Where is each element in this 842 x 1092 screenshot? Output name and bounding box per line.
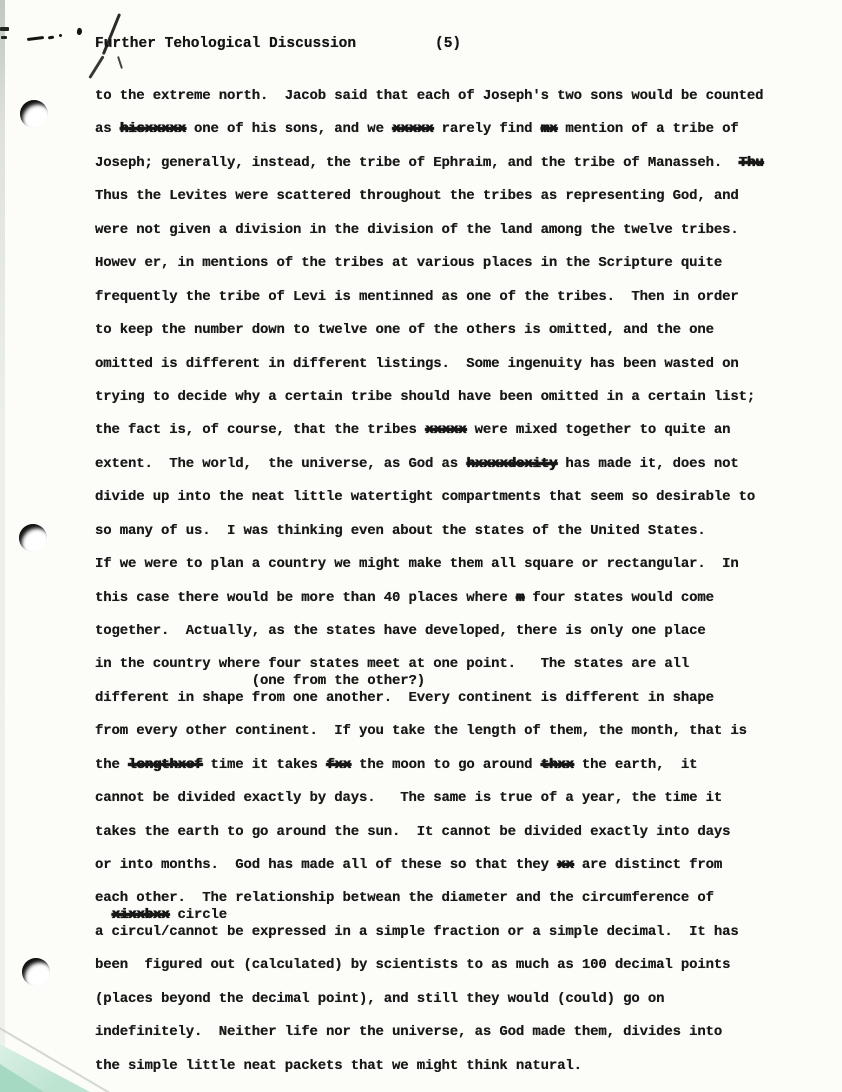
text-segment: the moon to go around [351, 757, 541, 773]
document-body: to the extreme north. Jacob said that ea… [95, 88, 795, 1091]
text-segment: frequently the tribe of Levi is mentinne… [95, 289, 739, 305]
text-segment: (one from the other?) [95, 673, 425, 689]
text-line: together. Actually, as the states have d… [95, 623, 795, 656]
struck-out-text: Thu [739, 155, 764, 171]
text-line: indefinitely. Neither life nor the unive… [95, 1024, 795, 1057]
struck-out-text: thxx [541, 757, 574, 773]
text-segment: from every other continent. If you take … [95, 723, 747, 739]
text-line: the simple little neat packets that we m… [95, 1058, 795, 1091]
text-line: frequently the tribe of Levi is mentinne… [95, 289, 795, 322]
text-segment: has made it, does not [557, 456, 739, 472]
text-segment: the earth, it [574, 757, 698, 773]
text-segment: four states would come [524, 590, 714, 606]
punch-hole-bottom [22, 958, 50, 986]
struck-out-text: xxxxx [392, 121, 433, 137]
text-segment: or into months. God has made all of thes… [95, 857, 557, 873]
text-line: to keep the number down to twelve one of… [95, 322, 795, 355]
struck-out-text: fxx [326, 757, 351, 773]
text-segment: the [95, 757, 128, 773]
pen-mark-dot [59, 34, 62, 37]
text-segment: a circul/cannot be expressed in a simple… [95, 924, 739, 940]
text-line: divide up into the neat little watertigh… [95, 489, 795, 522]
text-line: the lengthxof time it takes fxx the moon… [95, 757, 795, 790]
text-segment: time it takes [202, 757, 326, 773]
text-segment: this case there would be more than 40 pl… [95, 590, 516, 606]
text-segment: one of his sons, and we [186, 121, 392, 137]
text-line: cannot be divided exactly by days. The s… [95, 790, 795, 823]
edge-speck [1, 36, 7, 39]
text-line: were not given a division in the divisio… [95, 222, 795, 255]
struck-out-text: m [516, 590, 524, 606]
text-segment: cannot be divided exactly by days. The s… [95, 790, 722, 806]
text-segment: as [95, 121, 120, 137]
text-segment: in the country where four states meet at… [95, 656, 689, 672]
text-segment: been figured out (calculated) by scienti… [95, 957, 730, 973]
text-segment: are distinct from [574, 857, 723, 873]
text-segment: the simple little neat packets that we m… [95, 1058, 582, 1074]
text-line: different in shape from one another. Eve… [95, 690, 795, 723]
inserted-correction-line: xixxbxx circle [95, 907, 795, 924]
text-line: omitted is different in different listin… [95, 356, 795, 389]
struck-out-text: hxxxxdexity [466, 456, 557, 472]
edge-speck [0, 27, 9, 31]
text-segment: were not given a division in the divisio… [95, 222, 739, 238]
scanned-typewritten-page: { "page": { "title": "Further Tehologica… [0, 0, 842, 1092]
text-segment: trying to decide why a certain tribe sho… [95, 389, 755, 405]
punch-hole-middle [19, 524, 47, 552]
page-number: (5) [435, 36, 461, 52]
page-title: Further Tehological Discussion [95, 36, 356, 52]
header-row: Further Tehological Discussion (5) [95, 36, 695, 58]
text-segment: together. Actually, as the states have d… [95, 623, 706, 639]
text-segment: Thus the Levites were scattered througho… [95, 188, 739, 204]
struck-out-text: hisxxxxx [120, 121, 186, 137]
text-segment: If we were to plan a country we might ma… [95, 556, 739, 572]
text-line: as hisxxxxx one of his sons, and we xxxx… [95, 121, 795, 154]
text-line: from every other continent. If you take … [95, 723, 795, 756]
text-line: or into months. God has made all of thes… [95, 857, 795, 890]
text-segment: so many of us. I was thinking even about… [95, 523, 706, 539]
text-line: a circul/cannot be expressed in a simple… [95, 924, 795, 957]
text-segment: Howev er, in mentions of the tribes at v… [95, 255, 722, 271]
text-segment: different in shape from one another. Eve… [95, 690, 714, 706]
text-line: (places beyond the decimal point), and s… [95, 991, 795, 1024]
text-segment: to the extreme north. Jacob said that ea… [95, 88, 763, 104]
text-segment: mention of a tribe of [557, 121, 739, 137]
text-line: so many of us. I was thinking even about… [95, 523, 795, 556]
text-line: been figured out (calculated) by scienti… [95, 957, 795, 990]
struck-out-text: mx [541, 121, 558, 137]
text-segment: Joseph; generally, instead, the tribe of… [95, 155, 739, 171]
text-segment: the fact is, of course, that the tribes [95, 422, 425, 438]
text-line: to the extreme north. Jacob said that ea… [95, 88, 795, 121]
text-line: the fact is, of course, that the tribes … [95, 422, 795, 455]
text-line: extent. The world, the universe, as God … [95, 456, 795, 489]
struck-out-text: lengthxof [128, 757, 202, 773]
inserted-correction-line: (one from the other?) [95, 673, 795, 690]
text-line: each other. The relationship betwean the… [95, 890, 795, 907]
text-segment: rarely find [433, 121, 540, 137]
scan-left-edge [0, 0, 5, 1092]
text-line: this case there would be more than 40 pl… [95, 590, 795, 623]
text-line: trying to decide why a certain tribe sho… [95, 389, 795, 422]
text-segment: to keep the number down to twelve one of… [95, 322, 714, 338]
text-segment [95, 907, 112, 923]
punch-hole-top [20, 100, 48, 128]
text-segment: (places beyond the decimal point), and s… [95, 991, 664, 1007]
text-segment: were mixed together to quite an [466, 422, 730, 438]
text-line: Howev er, in mentions of the tribes at v… [95, 255, 795, 288]
struck-out-text: xx [557, 857, 574, 873]
text-segment: each other. The relationship betwean the… [95, 890, 714, 906]
text-line: in the country where four states meet at… [95, 656, 795, 673]
text-line: takes the earth to go around the sun. It… [95, 824, 795, 857]
struck-out-text: xixxbxx [112, 907, 170, 923]
text-segment: circle [169, 907, 227, 923]
text-line: Thus the Levites were scattered througho… [95, 188, 795, 221]
text-segment: indefinitely. Neither life nor the unive… [95, 1024, 722, 1040]
text-line: If we were to plan a country we might ma… [95, 556, 795, 589]
text-segment: divide up into the neat little watertigh… [95, 489, 755, 505]
text-segment: takes the earth to go around the sun. It… [95, 824, 730, 840]
struck-out-text: xxxxx [425, 422, 466, 438]
text-segment: extent. The world, the universe, as God … [95, 456, 466, 472]
text-line: Joseph; generally, instead, the tribe of… [95, 155, 795, 188]
text-segment: omitted is different in different listin… [95, 356, 739, 372]
